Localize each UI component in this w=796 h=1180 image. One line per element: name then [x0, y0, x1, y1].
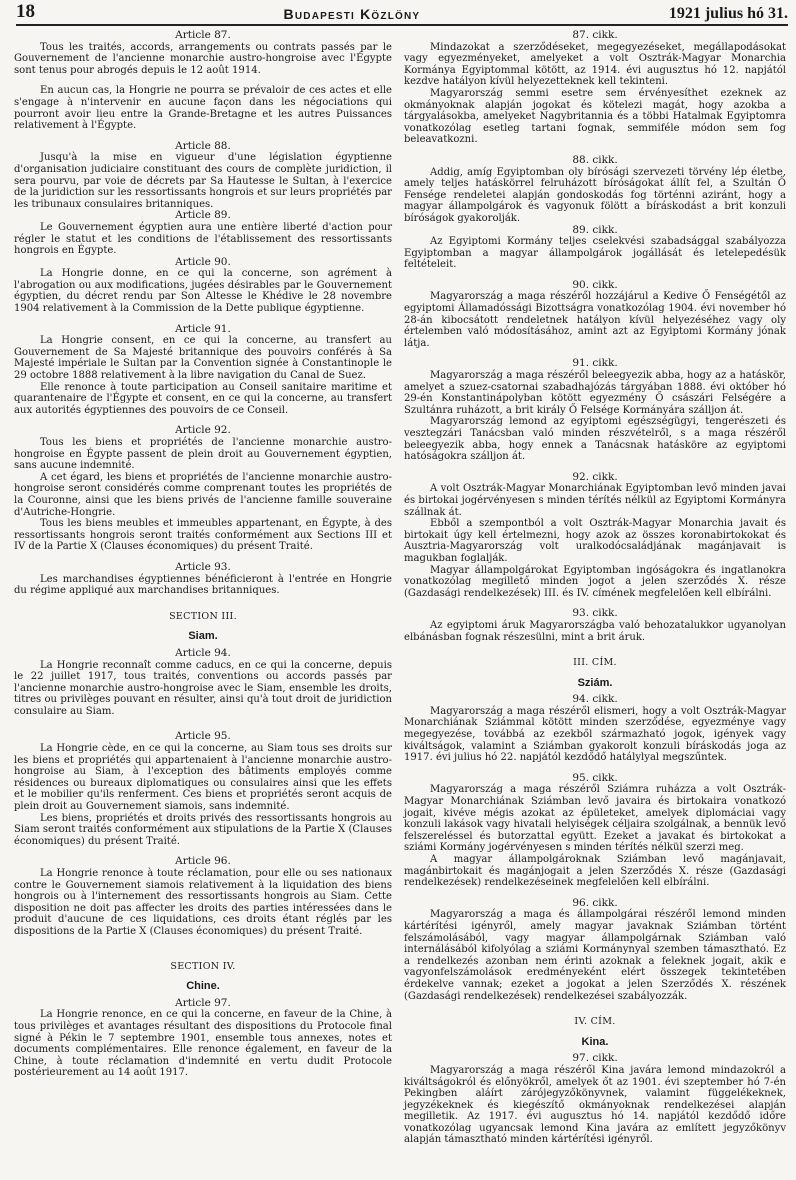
paragraph: Magyarország a maga részéről beleegyezik…	[404, 370, 786, 416]
paragraph: Az Egyiptomi Kormány teljes cselekvési s…	[404, 236, 786, 271]
section-heading: III. CÍM.	[404, 657, 786, 669]
article-heading: Article 91.	[14, 324, 392, 336]
paragraph: Ebből a szempontból a volt Osztrák-Magya…	[404, 518, 786, 564]
paragraph: Magyarország a maga és állampolgárai rés…	[404, 909, 786, 1002]
section-heading: SECTION IV.	[14, 961, 392, 973]
article-heading: 89. cikk.	[404, 225, 786, 237]
paragraph: Magyarország semmi esetre sem érvényesít…	[404, 88, 786, 146]
country-heading: Siam.	[14, 631, 392, 643]
paragraph: Les marchandises égyptiennes bénéficiero…	[14, 574, 392, 597]
paragraph: A cet égard, les biens et propriétés de …	[14, 472, 392, 518]
paragraph: La Hongrie reconnaît comme caducs, en ce…	[14, 660, 392, 718]
hungarian-column: 87. cikk. Mindazokat a szerződéseket, me…	[404, 30, 786, 1146]
article-heading: Article 88.	[14, 141, 392, 153]
article-heading: 93. cikk.	[404, 608, 786, 620]
paragraph: Jusqu'à la mise en vigueur d'une législa…	[14, 152, 392, 210]
paragraph: Magyarország a maga részéről Kina javára…	[404, 1065, 786, 1146]
article-heading: Article 95.	[14, 731, 392, 743]
paragraph: Mindazokat a szerződéseket, megegyezések…	[404, 42, 786, 88]
page-number: 18	[16, 1, 35, 24]
country-heading: Sziám.	[404, 678, 786, 690]
article-heading: Article 87.	[14, 30, 392, 42]
article-heading: 94. cikk.	[404, 694, 786, 706]
section-heading: IV. CÍM.	[404, 1016, 786, 1028]
article-heading: Article 93.	[14, 562, 392, 574]
article-heading: Article 92.	[14, 425, 392, 437]
issue-date: 1921 julius hó 31.	[669, 5, 788, 24]
country-heading: Chine.	[14, 981, 392, 993]
paragraph: A magyar állampolgároknak Sziámban levő …	[404, 854, 786, 889]
article-heading: Article 97.	[14, 998, 392, 1010]
paragraph: Az egyiptomi áruk Magyarországba való be…	[404, 620, 786, 643]
paragraph: La Hongrie renonce à toute réclamation, …	[14, 868, 392, 938]
paragraph: Magyarország a maga részéről Sziámra ruh…	[404, 784, 786, 854]
paragraph: Addig, amíg Egyiptomban oly bírósági sze…	[404, 167, 786, 225]
paragraph: La Hongrie renonce, en ce qui la concern…	[14, 1009, 392, 1079]
paragraph: La Hongrie consent, en ce qui la concern…	[14, 335, 392, 381]
journal-title: Budapesti Közlöny	[284, 6, 421, 24]
country-heading: Kina.	[404, 1037, 786, 1049]
section-heading: SECTION III.	[14, 611, 392, 623]
paragraph: Magyar állampolgárokat Egyiptomban ingós…	[404, 565, 786, 600]
paragraph: Le Gouvernement égyptien aura une entièr…	[14, 222, 392, 257]
article-heading: Article 89.	[14, 210, 392, 222]
french-column: Article 87. Tous les traités, accords, a…	[14, 30, 392, 1079]
paragraph: Magyarország a maga részéről elismeri, h…	[404, 706, 786, 764]
article-heading: Article 90.	[14, 257, 392, 269]
paragraph: Tous les biens et propriétés de l'ancien…	[14, 437, 392, 472]
article-heading: 87. cikk.	[404, 30, 786, 42]
article-heading: Article 94.	[14, 648, 392, 660]
paragraph: Tous les biens meubles et immeubles appa…	[14, 518, 392, 553]
paragraph: La Hongrie donne, en ce qui la concerne,…	[14, 268, 392, 314]
article-heading: 91. cikk.	[404, 358, 786, 370]
article-heading: Article 96.	[14, 856, 392, 868]
article-heading: 96. cikk.	[404, 898, 786, 910]
paragraph: Les biens, propriétés et droits privés d…	[14, 813, 392, 848]
paragraph: Tous les traités, accords, arrangements …	[14, 42, 392, 77]
article-heading: 90. cikk.	[404, 280, 786, 292]
paragraph: En aucun cas, la Hongrie ne pourra se pr…	[14, 85, 392, 131]
newspaper-page: 18 Budapesti Közlöny 1921 julius hó 31. …	[0, 0, 796, 1180]
paragraph: La Hongrie cède, en ce qui la concerne, …	[14, 743, 392, 813]
article-heading: 97. cikk.	[404, 1053, 786, 1065]
paragraph: Elle renonce à toute participation au Co…	[14, 382, 392, 417]
article-heading: 95. cikk.	[404, 773, 786, 785]
page-header: 18 Budapesti Közlöny 1921 julius hó 31.	[16, 0, 788, 26]
paragraph: Magyarország a maga részéről hozzájárul …	[404, 291, 786, 349]
article-heading: 88. cikk.	[404, 155, 786, 167]
paragraph: Magyarország lemond az egyiptomi egészsé…	[404, 416, 786, 462]
article-heading: 92. cikk.	[404, 472, 786, 484]
paragraph: A volt Osztrák-Magyar Monarchiának Egyip…	[404, 483, 786, 518]
